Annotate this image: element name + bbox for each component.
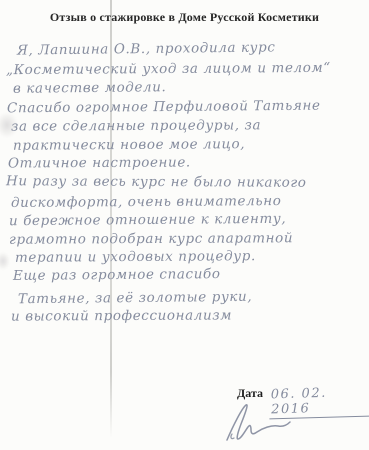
handwriting-line: Ни разу за весь курс не было никакого [6, 175, 307, 190]
handwriting-line: Еще раз огромное спасибо [13, 268, 221, 283]
handwriting-line: в качестве модели. [13, 81, 167, 96]
scan-smudge [0, 252, 10, 270]
handwriting-line: и высокий профессионализм [11, 309, 232, 324]
scanned-review-page: Отзыв о стажировке в Доме Русской Космет… [0, 0, 369, 450]
handwriting-line: „Косметический уход за лицом и телом“ [6, 62, 331, 78]
handwriting-line: Я, Лапшина О.В., проходила курс [17, 41, 276, 58]
handwriting-line: Спасибо огромное Перфиловой Татьяне [7, 100, 321, 116]
signature-scribble-icon [224, 402, 292, 442]
handwriting-line: Отличное настроение. [8, 157, 191, 171]
handwriting-line: терапии и уходовых процедур. [15, 250, 256, 265]
page-title: Отзыв о стажировке в Доме Русской Космет… [0, 10, 369, 25]
handwriting-line: Татьяне, за её золотые руки, [18, 291, 252, 307]
date-label: Дата [237, 386, 263, 401]
handwriting-line: практически новое мое лицо, [13, 138, 245, 153]
handwriting-line: дискомфорта, очень внимательно [11, 195, 282, 210]
handwriting-line: и бережное отношение к клиенту, [9, 213, 286, 229]
handwriting-line: грамотно подобран курс апаратной [9, 232, 293, 247]
handwriting-line: за все сделанные процедуры, за [11, 119, 261, 134]
